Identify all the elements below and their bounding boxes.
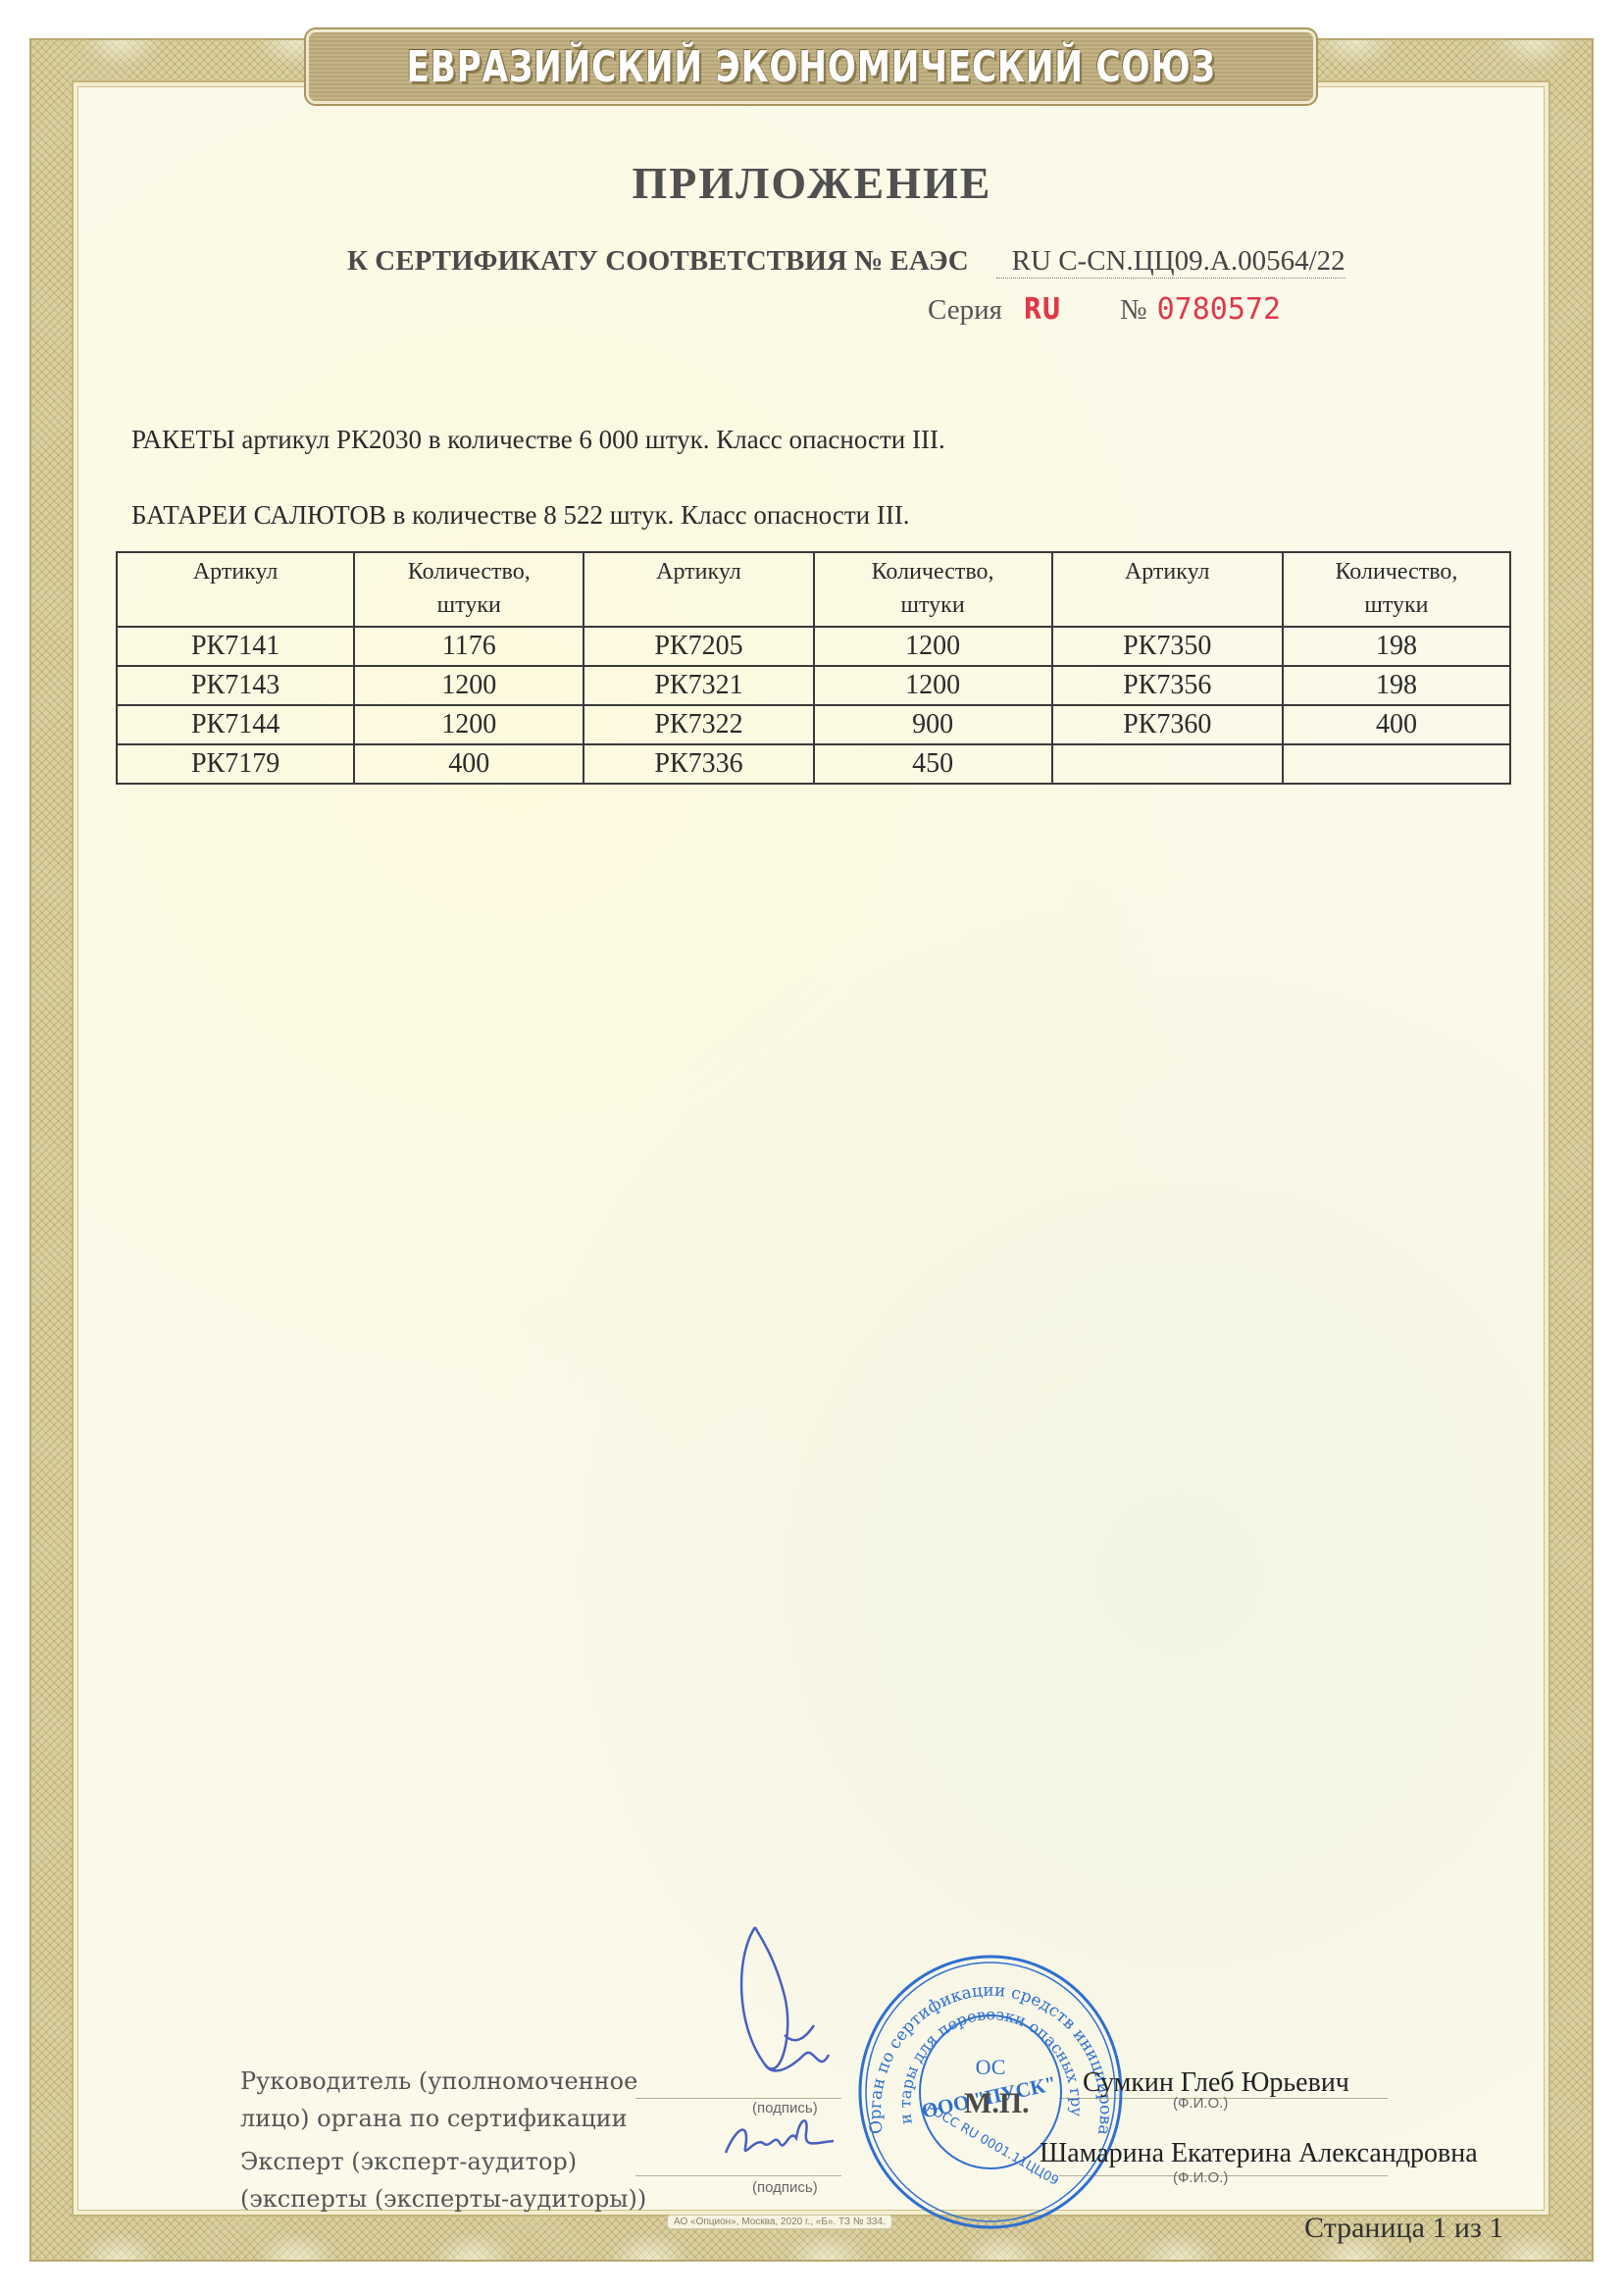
series-line: Серия RU №0780572 (928, 292, 1281, 327)
header-article-1: Артикул (117, 552, 354, 627)
table-cell: 198 (1283, 666, 1510, 705)
header-article-2: Артикул (584, 552, 813, 627)
table-cell: РК7143 (117, 666, 354, 705)
table-header-row: Артикул Количество,штуки Артикул Количес… (117, 552, 1510, 627)
head-signature-icon (726, 1917, 843, 2104)
table-cell: 450 (814, 744, 1052, 784)
table-cell: РК7179 (117, 744, 354, 784)
table-cell: 1176 (354, 627, 584, 666)
table-cell: 198 (1283, 627, 1510, 666)
table-cell: 900 (814, 705, 1052, 744)
table-cell: РК7321 (584, 666, 813, 705)
certificate-number: RU C-CN.ЦЦ09.А.00564/22 (996, 245, 1345, 279)
signature-caption: (подпись) (752, 2179, 818, 2196)
page-number: Страница 1 из 1 (1304, 2212, 1503, 2245)
table-cell: 1200 (354, 705, 584, 744)
page-title: ПРИЛОЖЕНИЕ (0, 157, 1624, 209)
table-cell: РК7356 (1052, 666, 1283, 705)
certificate-line: К СЕРТИФИКАТУ СООТВЕТСТВИЯ № ЕАЭСRU C-CN… (347, 245, 1345, 279)
paragraph-rockets: РАКЕТЫ артикул РК2030 в количестве 6 000… (131, 425, 945, 455)
table-cell (1283, 744, 1510, 784)
expert-label-line2: (эксперты (эксперты-аудиторы)) (240, 2180, 646, 2218)
union-banner: ЕВРАЗИЙСКИЙ ЭКОНОМИЧЕСКИЙ СОЮЗ (306, 29, 1316, 104)
table-row: РК7143 1200 РК7321 1200 РК7356 198 (117, 666, 1510, 705)
table-cell: РК7322 (584, 705, 813, 744)
header-article-3: Артикул (1052, 552, 1283, 627)
paragraph-batteries: БАТАРЕИ САЛЮТОВ в количестве 8 522 штук.… (131, 500, 910, 531)
table-cell: РК7360 (1052, 705, 1283, 744)
table-cell: 1200 (814, 627, 1052, 666)
header-quantity-3: Количество,штуки (1283, 552, 1510, 627)
stamp-center-line1: ОС (976, 2055, 1006, 2079)
head-label-line1: Руководитель (уполномоченное (240, 2063, 637, 2100)
header-quantity-2: Количество,штуки (814, 552, 1052, 627)
table-cell: РК7141 (117, 627, 354, 666)
table-cell: 1200 (354, 666, 584, 705)
table-cell: 400 (354, 744, 584, 784)
header-quantity-1: Количество,штуки (354, 552, 584, 627)
union-banner-text: ЕВРАЗИЙСКИЙ ЭКОНОМИЧЕСКИЙ СОЮЗ (406, 42, 1215, 92)
seal-place-label: М.П. (964, 2087, 1030, 2120)
table-cell: 400 (1283, 705, 1510, 744)
head-name: Сумкин Глеб Юрьевич (1083, 2067, 1349, 2099)
table-row: РК7179 400 РК7336 450 (117, 744, 1510, 784)
head-of-body-label: Руководитель (уполномоченное лицо) орган… (240, 2063, 637, 2137)
table-cell: РК7144 (117, 705, 354, 744)
series-code: RU (1024, 292, 1061, 327)
expert-signature-line (635, 2175, 841, 2176)
printer-imprint: АО «Опцион», Москва, 2020 г., «Б». ТЗ № … (667, 2215, 892, 2229)
table-cell: 1200 (814, 666, 1052, 705)
blank-number-label: № (1120, 294, 1147, 326)
blank-number: 0780572 (1157, 292, 1281, 327)
table-cell: РК7336 (584, 744, 813, 784)
name-caption: (Ф.И.О.) (1173, 2169, 1228, 2186)
table-cell: РК7205 (584, 627, 813, 666)
expert-name: Шамарина Екатерина Александровна (1040, 2138, 1478, 2169)
table-cell (1052, 744, 1283, 784)
items-table: Артикул Количество,штуки Артикул Количес… (116, 551, 1511, 785)
table-row: РК7141 1176 РК7205 1200 РК7350 198 (117, 627, 1510, 666)
series-label: Серия (928, 294, 1002, 326)
expert-label: Эксперт (эксперт-аудитор) (эксперты (экс… (240, 2143, 646, 2218)
document-paper (72, 80, 1550, 2217)
expert-label-line1: Эксперт (эксперт-аудитор) (240, 2143, 646, 2180)
head-label-line2: лицо) органа по сертификации (240, 2100, 637, 2137)
table-row: РК7144 1200 РК7322 900 РК7360 400 (117, 705, 1510, 744)
table-cell: РК7350 (1052, 627, 1283, 666)
expert-signature-icon (716, 2109, 843, 2167)
certificate-label: К СЕРТИФИКАТУ СООТВЕТСТВИЯ № ЕАЭС (347, 245, 969, 277)
